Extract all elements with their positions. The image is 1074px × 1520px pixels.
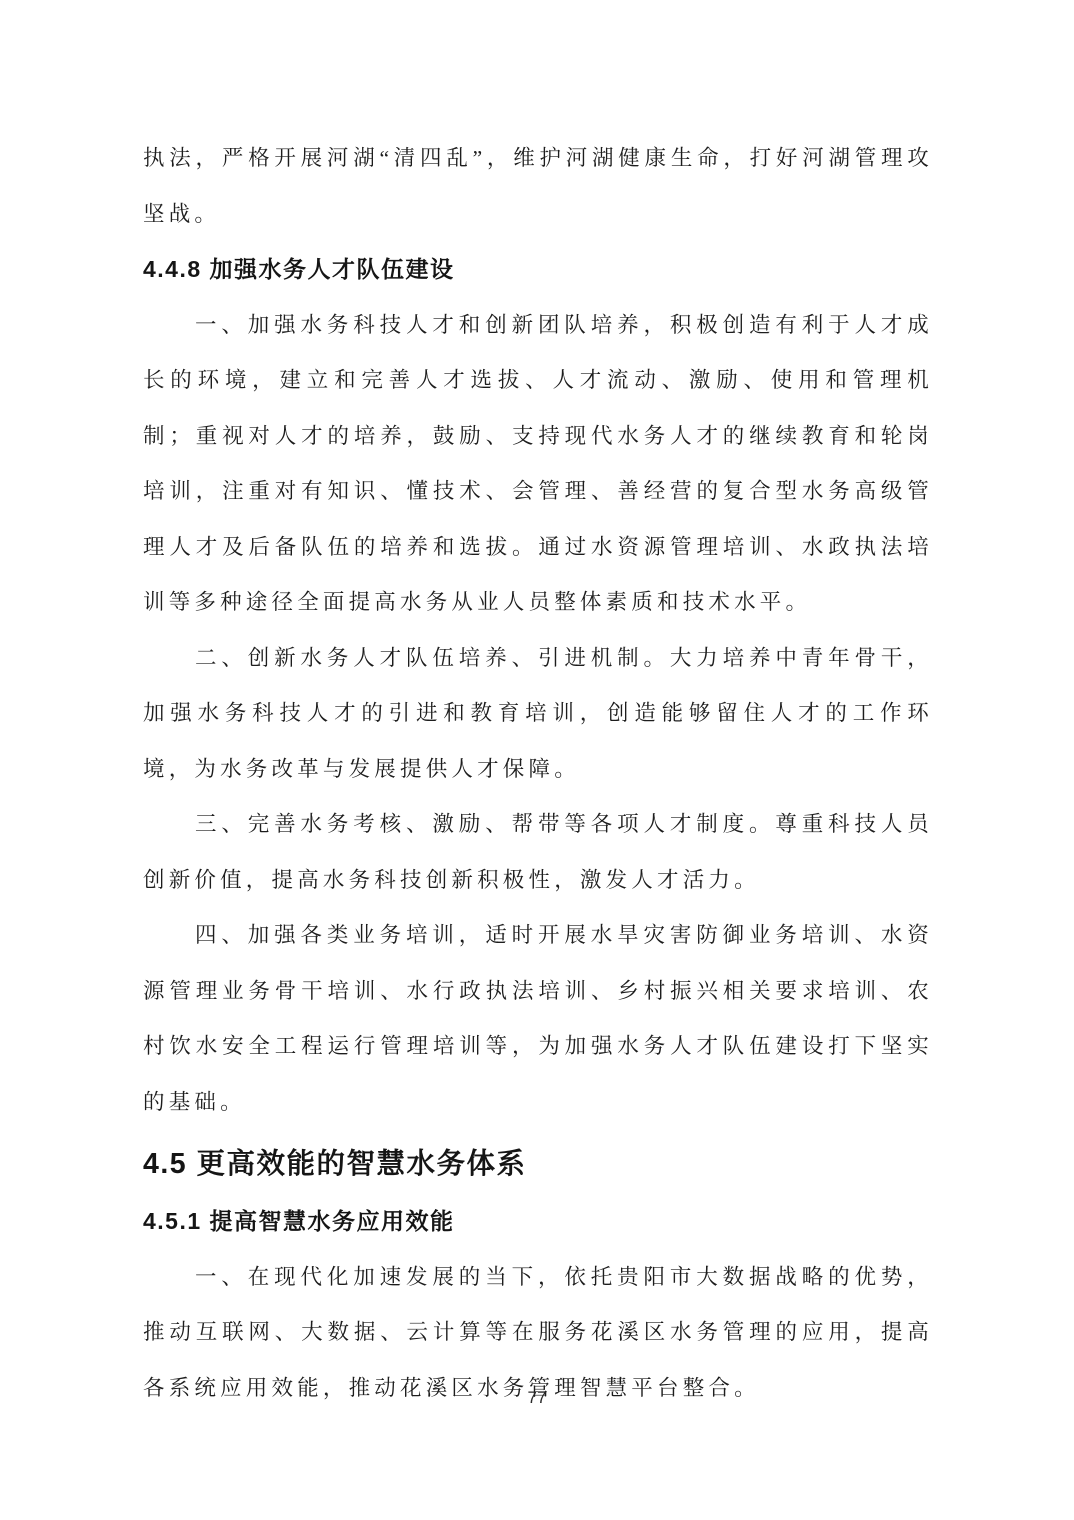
heading-4-5: 4.5 更高效能的智慧水务体系: [143, 1134, 933, 1194]
heading-4-5-1: 4.5.1 提高智慧水务应用效能: [143, 1194, 933, 1250]
paragraph-448-item-3: 三、完善水务考核、激励、帮带等各项人才制度。尊重科技人员创新价值，提高水务科技创…: [143, 797, 933, 908]
paragraph-448-item-4: 四、加强各类业务培训，适时开展水旱灾害防御业务培训、水资源管理业务骨干培训、水行…: [143, 908, 933, 1130]
heading-4-4-8: 4.4.8 加强水务人才队伍建设: [143, 242, 933, 298]
paragraph-448-item-1: 一、加强水务科技人才和创新团队培养，积极创造有利于人才成长的环境，建立和完善人才…: [143, 298, 933, 631]
page-number: 77: [0, 1388, 1074, 1408]
document-page: 执法，严格开展河湖“清四乱”，维护河湖健康生命，打好河湖管理攻坚战。 4.4.8…: [0, 0, 1074, 1520]
paragraph-intro-continuation: 执法，严格开展河湖“清四乱”，维护河湖健康生命，打好河湖管理攻坚战。: [143, 131, 933, 242]
page-body: 执法，严格开展河湖“清四乱”，维护河湖健康生命，打好河湖管理攻坚战。 4.4.8…: [143, 131, 933, 1416]
paragraph-448-item-2: 二、创新水务人才队伍培养、引进机制。大力培养中青年骨干，加强水务科技人才的引进和…: [143, 631, 933, 798]
